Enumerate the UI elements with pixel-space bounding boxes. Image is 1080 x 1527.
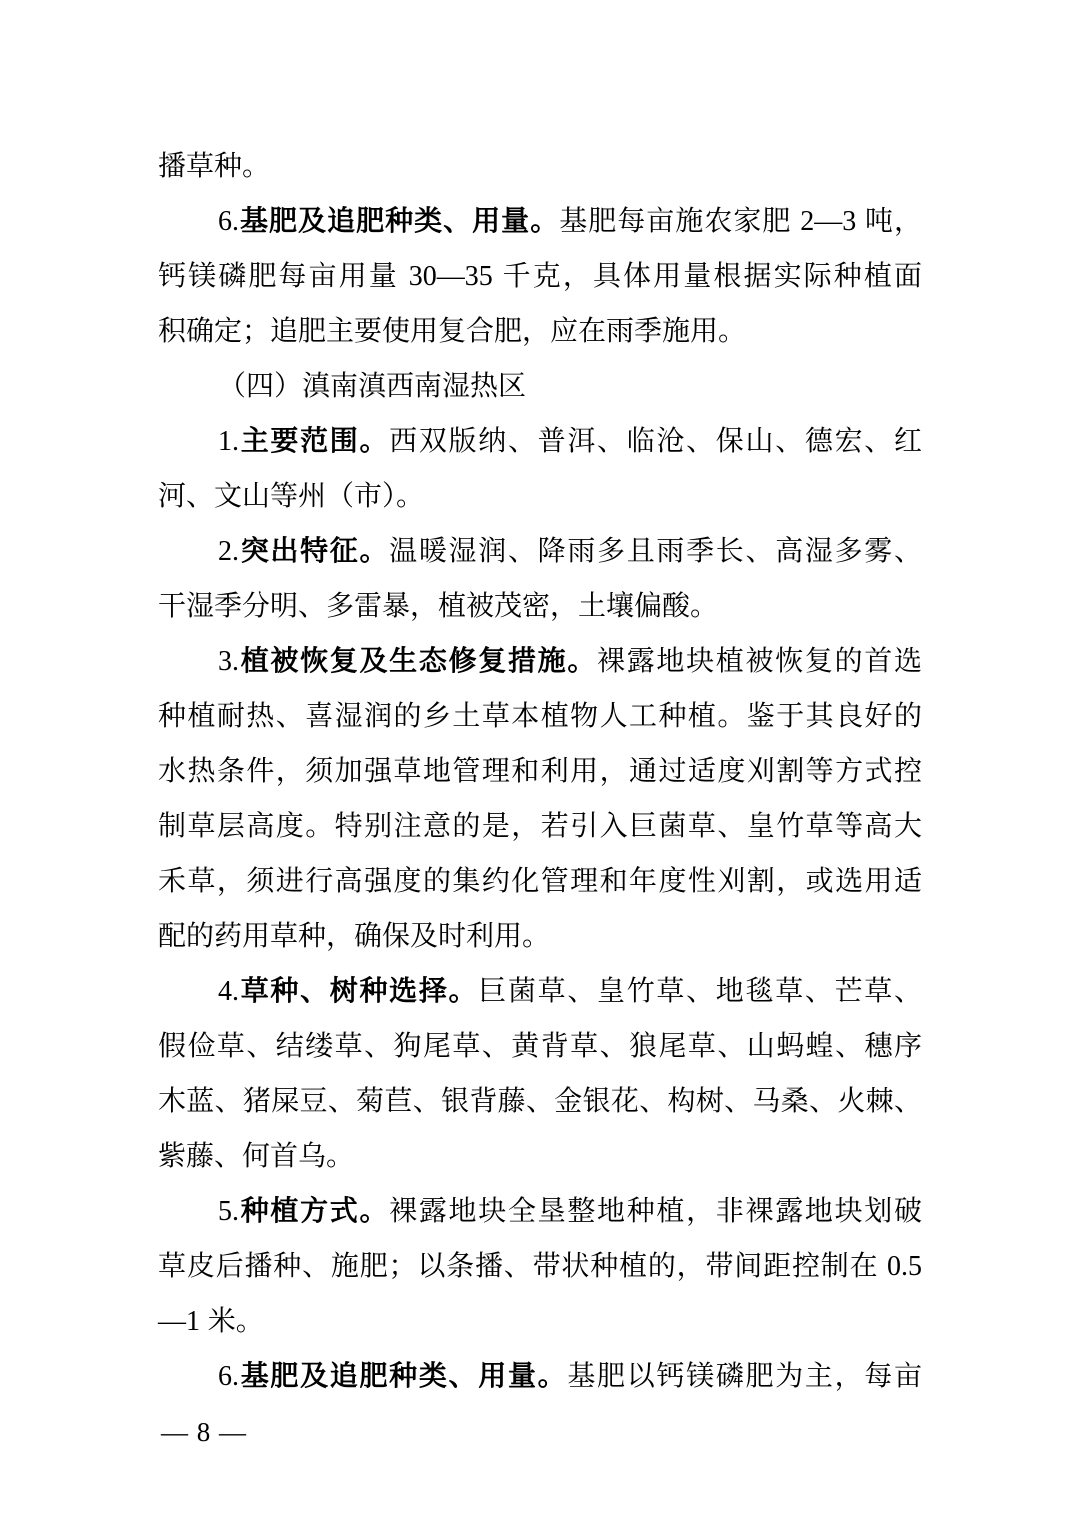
body-text: 裸露地块全垦整地种植，非裸露地块划破 [389, 1195, 922, 1226]
numeral-text: 6. [218, 1361, 239, 1392]
document-page: 播草种。6.基肥及追肥种类、用量。基肥每亩施农家肥 2—3 吨，钙镁磷肥每亩用量… [0, 0, 1080, 1527]
body-text: 钙镁磷肥每亩用量 [158, 260, 409, 291]
numeral-text: 30—35 [409, 261, 493, 292]
numeral-text: 6. [218, 206, 239, 237]
text-line: 播草种。 [158, 138, 922, 193]
body-text: 千克，具体用量根据实际种植面 [493, 260, 922, 291]
body-text: 种植耐热、喜湿润的乡土草本植物人工种植。鉴于其良好的 [158, 700, 922, 731]
body-text: 裸露地块植被恢复的首选 [597, 645, 922, 676]
page-number: — 8 — [161, 1417, 247, 1447]
body-text: 禾草，须进行高强度的集约化管理和年度性刈割，或选用适 [158, 865, 922, 896]
body-text: 米。 [200, 1305, 264, 1336]
section-heading: 突出特征。 [239, 535, 389, 566]
section-heading: 基肥及追肥种类、用量。 [239, 1360, 567, 1391]
text-line: 3.植被恢复及生态修复措施。裸露地块植被恢复的首选 [158, 633, 922, 688]
document-body: 播草种。6.基肥及追肥种类、用量。基肥每亩施农家肥 2—3 吨，钙镁磷肥每亩用量… [158, 138, 922, 1403]
body-text: 干湿季分明、多雷暴，植被茂密，土壤偏酸。 [158, 590, 718, 621]
body-text: 巨菌草、皇竹草、地毯草、芒草、 [478, 975, 922, 1006]
body-text: 河、文山等州（市）。 [158, 480, 424, 511]
text-line: 紫藤、何首乌。 [158, 1128, 922, 1183]
section-heading: 植被恢复及生态修复措施。 [239, 645, 597, 676]
text-line: 5.种植方式。裸露地块全垦整地种植，非裸露地块划破 [158, 1183, 922, 1238]
text-line: 河、文山等州（市）。 [158, 468, 922, 523]
body-text: 播草种。 [158, 150, 270, 181]
text-line: 4.草种、树种选择。巨菌草、皇竹草、地毯草、芒草、 [158, 963, 922, 1018]
text-line: 假俭草、结缕草、狗尾草、黄背草、狼尾草、山蚂蝗、穗序 [158, 1018, 922, 1073]
numeral-text: —1 [158, 1306, 200, 1337]
numeral-text: 0.5 [887, 1251, 922, 1282]
section-heading: 种植方式。 [239, 1195, 389, 1226]
text-line: 1.主要范围。西双版纳、普洱、临沧、保山、德宏、红 [158, 413, 922, 468]
text-line: 种植耐热、喜湿润的乡土草本植物人工种植。鉴于其良好的 [158, 688, 922, 743]
body-text: 积确定；追肥主要使用复合肥，应在雨季施用。 [158, 315, 746, 346]
body-text: 紫藤、何首乌。 [158, 1140, 354, 1171]
numeral-text: 3. [218, 646, 239, 677]
numeral-text: 5. [218, 1196, 239, 1227]
numeral-text: 2—3 [800, 206, 856, 237]
body-text: （四）滇南滇西南湿热区 [218, 370, 526, 401]
body-text: 西双版纳、普洱、临沧、保山、德宏、红 [389, 425, 922, 456]
body-text: 基肥每亩施农家肥 [559, 205, 800, 236]
text-line: 6.基肥及追肥种类、用量。基肥每亩施农家肥 2—3 吨， [158, 193, 922, 248]
numeral-text: 1. [218, 426, 239, 457]
body-text: 草皮后播种、施肥；以条播、带状种植的，带间距控制在 [158, 1250, 887, 1281]
body-text: 制草层高度。特别注意的是，若引入巨菌草、皇竹草等高大 [158, 810, 922, 841]
text-line: 草皮后播种、施肥；以条播、带状种植的，带间距控制在 0.5 [158, 1238, 922, 1293]
body-text: 水热条件，须加强草地管理和利用，通过适度刈割等方式控 [158, 755, 922, 786]
text-line: 配的药用草种，确保及时利用。 [158, 908, 922, 963]
text-line: 6.基肥及追肥种类、用量。基肥以钙镁磷肥为主，每亩 [158, 1348, 922, 1403]
text-line: 2.突出特征。温暖湿润、降雨多且雨季长、高湿多雾、 [158, 523, 922, 578]
body-text: 木蓝、猪屎豆、菊苣、银背藤、金银花、构树、马桑、火棘、 [158, 1085, 922, 1116]
numeral-text: 4. [218, 976, 239, 1007]
text-line: 积确定；追肥主要使用复合肥，应在雨季施用。 [158, 303, 922, 358]
body-text: 温暖湿润、降雨多且雨季长、高湿多雾、 [389, 535, 922, 566]
text-line: 禾草，须进行高强度的集约化管理和年度性刈割，或选用适 [158, 853, 922, 908]
body-text: 吨， [856, 205, 922, 236]
section-heading: 草种、树种选择。 [239, 975, 478, 1006]
text-line: 制草层高度。特别注意的是，若引入巨菌草、皇竹草等高大 [158, 798, 922, 853]
body-text: 配的药用草种，确保及时利用。 [158, 920, 550, 951]
section-heading: 主要范围。 [239, 425, 389, 456]
text-line: （四）滇南滇西南湿热区 [158, 358, 922, 413]
body-text: 假俭草、结缕草、狗尾草、黄背草、狼尾草、山蚂蝗、穗序 [158, 1030, 922, 1061]
body-text: 基肥以钙镁磷肥为主，每亩 [567, 1360, 922, 1391]
text-line: —1 米。 [158, 1293, 922, 1348]
text-line: 钙镁磷肥每亩用量 30—35 千克，具体用量根据实际种植面 [158, 248, 922, 303]
section-heading: 基肥及追肥种类、用量。 [239, 205, 559, 236]
numeral-text: 2. [218, 536, 239, 567]
text-line: 水热条件，须加强草地管理和利用，通过适度刈割等方式控 [158, 743, 922, 798]
text-line: 木蓝、猪屎豆、菊苣、银背藤、金银花、构树、马桑、火棘、 [158, 1073, 922, 1128]
text-line: 干湿季分明、多雷暴，植被茂密，土壤偏酸。 [158, 578, 922, 633]
